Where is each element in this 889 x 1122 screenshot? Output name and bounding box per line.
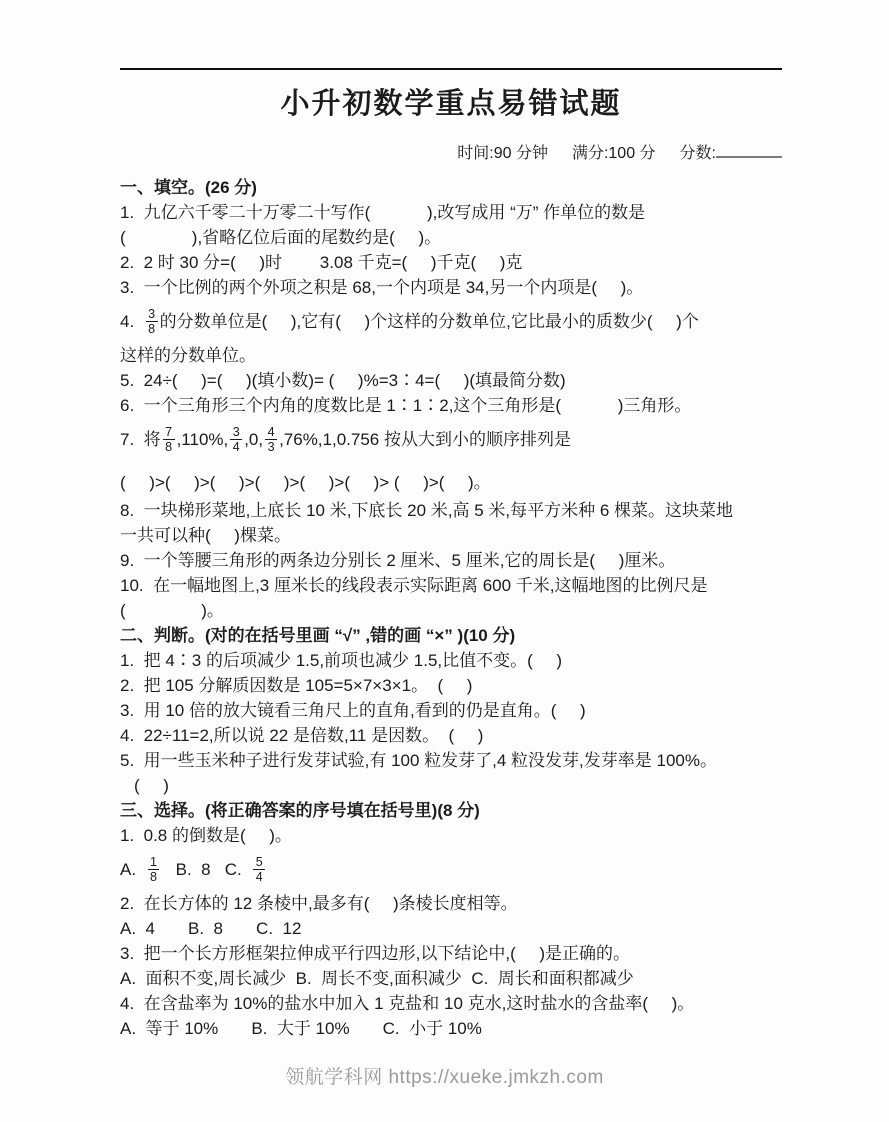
score-label: 分数: <box>680 145 716 162</box>
fraction-numerator: 3 <box>146 307 158 322</box>
fraction-numerator: 4 <box>265 425 277 440</box>
text-run: 一共可以种( )棵菜。 <box>120 526 291 545</box>
time-limit: 时间:90 分钟 <box>457 145 548 162</box>
text-run: 3. 把一个长方形框架拉伸成平行四边形,以下结论中,( )是正确的。 <box>120 944 630 963</box>
text-run: 1. 0.8 的倒数是( )。 <box>120 826 292 845</box>
s1-q2: 2. 2 时 30 分=( )时 3.08 千克=( )千克( )克 <box>120 250 782 275</box>
s1-q1-line2: ( ),省略亿位后面的尾数约是( )。 <box>120 225 782 250</box>
text-run: 二、判断。(对的在括号里画 “√” ,错的画 “×” )(10 分) <box>120 626 515 645</box>
s1-q6: 6. 一个三角形三个内角的度数比是 1∶1∶2,这个三角形是( )三角形。 <box>120 393 782 418</box>
text-run: 3. 用 10 倍的放大镜看三角尺上的直角,看到的仍是直角。( ) <box>120 701 586 720</box>
text-run: 2. 在长方体的 12 条棱中,最多有( )条棱长度相等。 <box>120 894 518 913</box>
text-run: 1. 把 4∶3 的后项减少 1.5,前项也减少 1.5,比值不变。( ) <box>120 651 562 670</box>
section-1-heading: 一、填空。(26 分) <box>120 175 782 200</box>
text-run: ,76%,1,0.756 按从大到小的顺序排列是 <box>279 427 571 452</box>
s1-q9: 9. 一个等腰三角形的两条边分别长 2 厘米、5 厘米,它的周长是( )厘米。 <box>120 548 782 573</box>
s2-q5-line1: 5. 用一些玉米种子进行发芽试验,有 100 粒发芽了,4 粒没发芽,发芽率是 … <box>120 748 782 773</box>
text-run: 5. 用一些玉米种子进行发芽试验,有 100 粒发芽了,4 粒没发芽,发芽率是 … <box>120 751 717 770</box>
text-run: 三、选择。(将正确答案的序号填在括号里)(8 分) <box>120 801 480 820</box>
text-run: 9. 一个等腰三角形的两条边分别长 2 厘米、5 厘米,它的周长是( )厘米。 <box>120 551 675 570</box>
text-run: 4. <box>120 309 144 334</box>
fraction: 38 <box>146 307 158 336</box>
fraction-denominator: 8 <box>146 322 158 336</box>
document-body: 一、填空。(26 分)1. 九亿六千零二十万零二十写作( ),改写成用 “万” … <box>120 175 782 1041</box>
text-run: ( ) <box>134 776 169 795</box>
score-blank <box>716 142 782 158</box>
text-run: ( )>( )>( )>( )>( )>( )> ( )>( )。 <box>120 473 491 492</box>
fraction-numerator: 1 <box>148 855 160 870</box>
text-run: 2. 把 105 分解质因数是 105=5×7×3×1。 ( ) <box>120 676 472 695</box>
s3-q3: 3. 把一个长方形框架拉伸成平行四边形,以下结论中,( )是正确的。 <box>120 941 782 966</box>
text-run: 8. 一块梯形菜地,上底长 10 米,下底长 20 米,高 5 米,每平方米种 … <box>120 501 733 520</box>
text-run: 10. 在一幅地图上,3 厘米长的线段表示实际距离 600 千米,这幅地图的比例… <box>120 576 708 595</box>
s2-q4: 4. 22÷11=2,所以说 22 是倍数,11 是因数。 ( ) <box>120 723 782 748</box>
s3-q1: 1. 0.8 的倒数是( )。 <box>120 823 782 848</box>
text-run: 1. 九亿六千零二十万零二十写作( ),改写成用 “万” 作单位的数是 <box>120 203 645 222</box>
s2-q1: 1. 把 4∶3 的后项减少 1.5,前项也减少 1.5,比值不变。( ) <box>120 648 782 673</box>
text-run: A. <box>120 857 146 882</box>
text-run: ,110%, <box>177 427 229 452</box>
section-3-heading: 三、选择。(将正确答案的序号填在括号里)(8 分) <box>120 798 782 823</box>
s1-q5: 5. 24÷( )=( )(填小数)= ( )%=3∶4=( )(填最简分数) <box>120 368 782 393</box>
page-title: 小升初数学重点易错试题 <box>120 86 782 122</box>
text-run: 5. 24÷( )=( )(填小数)= ( )%=3∶4=( )(填最简分数) <box>120 371 566 390</box>
text-run: 这样的分数单位。 <box>120 346 256 365</box>
fraction: 54 <box>253 855 265 884</box>
exam-meta: 时间:90 分钟满分:100 分分数: <box>120 142 782 165</box>
s2-q5-line2: ( ) <box>120 773 782 798</box>
text-run: 7. 将 <box>120 427 161 452</box>
fraction-denominator: 4 <box>230 440 242 454</box>
s1-q4-line1: 4. 38的分数单位是( ),它有( )个这样的分数单位,它比最小的质数少( )… <box>120 300 782 343</box>
fraction-numerator: 3 <box>230 425 242 440</box>
text-run: ,0, <box>244 427 263 452</box>
header-rule <box>120 68 782 70</box>
s2-q3: 3. 用 10 倍的放大镜看三角尺上的直角,看到的仍是直角。( ) <box>120 698 782 723</box>
s3-q2: 2. 在长方体的 12 条棱中,最多有( )条棱长度相等。 <box>120 891 782 916</box>
s3-q2-options: A. 4 B. 8 C. 12 <box>120 916 782 941</box>
s3-q4: 4. 在含盐率为 10%的盐水中加入 1 克盐和 10 克水,这时盐水的含盐率(… <box>120 991 782 1016</box>
s1-q10-line1: 10. 在一幅地图上,3 厘米长的线段表示实际距离 600 千米,这幅地图的比例… <box>120 573 782 598</box>
s3-q1-options: A. 18 B. 8 C. 54 <box>120 848 782 891</box>
s3-q3-options: A. 面积不变,周长减少 B. 周长不变,面积减少 C. 周长和面积都减少 <box>120 966 782 991</box>
s2-q2: 2. 把 105 分解质因数是 105=5×7×3×1。 ( ) <box>120 673 782 698</box>
text-run: 2. 2 时 30 分=( )时 3.08 千克=( )千克( )克 <box>120 253 522 272</box>
text-run: ( )。 <box>120 601 224 620</box>
s1-q1-line1: 1. 九亿六千零二十万零二十写作( ),改写成用 “万” 作单位的数是 <box>120 200 782 225</box>
s1-q10-line2: ( )。 <box>120 598 782 623</box>
fraction-denominator: 3 <box>265 440 277 454</box>
fraction: 43 <box>265 425 277 454</box>
text-run: 4. 22÷11=2,所以说 22 是倍数,11 是因数。 ( ) <box>120 726 483 745</box>
fraction: 18 <box>148 855 160 884</box>
text-run: 6. 一个三角形三个内角的度数比是 1∶1∶2,这个三角形是( )三角形。 <box>120 396 691 415</box>
fraction-numerator: 5 <box>253 855 265 870</box>
fraction-denominator: 8 <box>148 870 160 884</box>
text-run: A. 等于 10% B. 大于 10% C. 小于 10% <box>120 1019 482 1038</box>
fraction-denominator: 8 <box>163 440 175 454</box>
text-run: 的分数单位是( ),它有( )个这样的分数单位,它比最小的质数少( )个 <box>160 309 699 334</box>
s1-q7-line2: ( )>( )>( )>( )>( )>( )> ( )>( )。 <box>120 461 782 498</box>
text-run: 一、填空。(26 分) <box>120 178 257 197</box>
watermark: 领航学科网 https://xueke.jmkzh.com <box>0 1062 889 1089</box>
text-run: ( ),省略亿位后面的尾数约是( )。 <box>120 228 441 247</box>
text-run: 4. 在含盐率为 10%的盐水中加入 1 克盐和 10 克水,这时盐水的含盐率(… <box>120 994 694 1013</box>
s1-q4-line2: 这样的分数单位。 <box>120 343 782 368</box>
s1-q8-line1: 8. 一块梯形菜地,上底长 10 米,下底长 20 米,高 5 米,每平方米种 … <box>120 498 782 523</box>
fraction: 78 <box>163 425 175 454</box>
full-score: 满分:100 分 <box>572 145 656 162</box>
s1-q7-line1: 7. 将78,110%,34,0,43,76%,1,0.756 按从大到小的顺序… <box>120 418 782 461</box>
text-run: A. 面积不变,周长减少 B. 周长不变,面积减少 C. 周长和面积都减少 <box>120 969 634 988</box>
s1-q8-line2: 一共可以种( )棵菜。 <box>120 523 782 548</box>
text-run: A. 4 B. 8 C. 12 <box>120 919 301 938</box>
text-run: B. 8 C. <box>161 857 251 882</box>
exam-page: 小升初数学重点易错试题 时间:90 分钟满分:100 分分数: 一、填空。(26… <box>0 0 889 1122</box>
s1-q3: 3. 一个比例的两个外项之积是 68,一个内项是 34,另一个内项是( )。 <box>120 275 782 300</box>
section-2-heading: 二、判断。(对的在括号里画 “√” ,错的画 “×” )(10 分) <box>120 623 782 648</box>
fraction: 34 <box>230 425 242 454</box>
s3-q4-options: A. 等于 10% B. 大于 10% C. 小于 10% <box>120 1016 782 1041</box>
text-run: 3. 一个比例的两个外项之积是 68,一个内项是 34,另一个内项是( )。 <box>120 278 643 297</box>
fraction-numerator: 7 <box>163 425 175 440</box>
fraction-denominator: 4 <box>253 870 265 884</box>
